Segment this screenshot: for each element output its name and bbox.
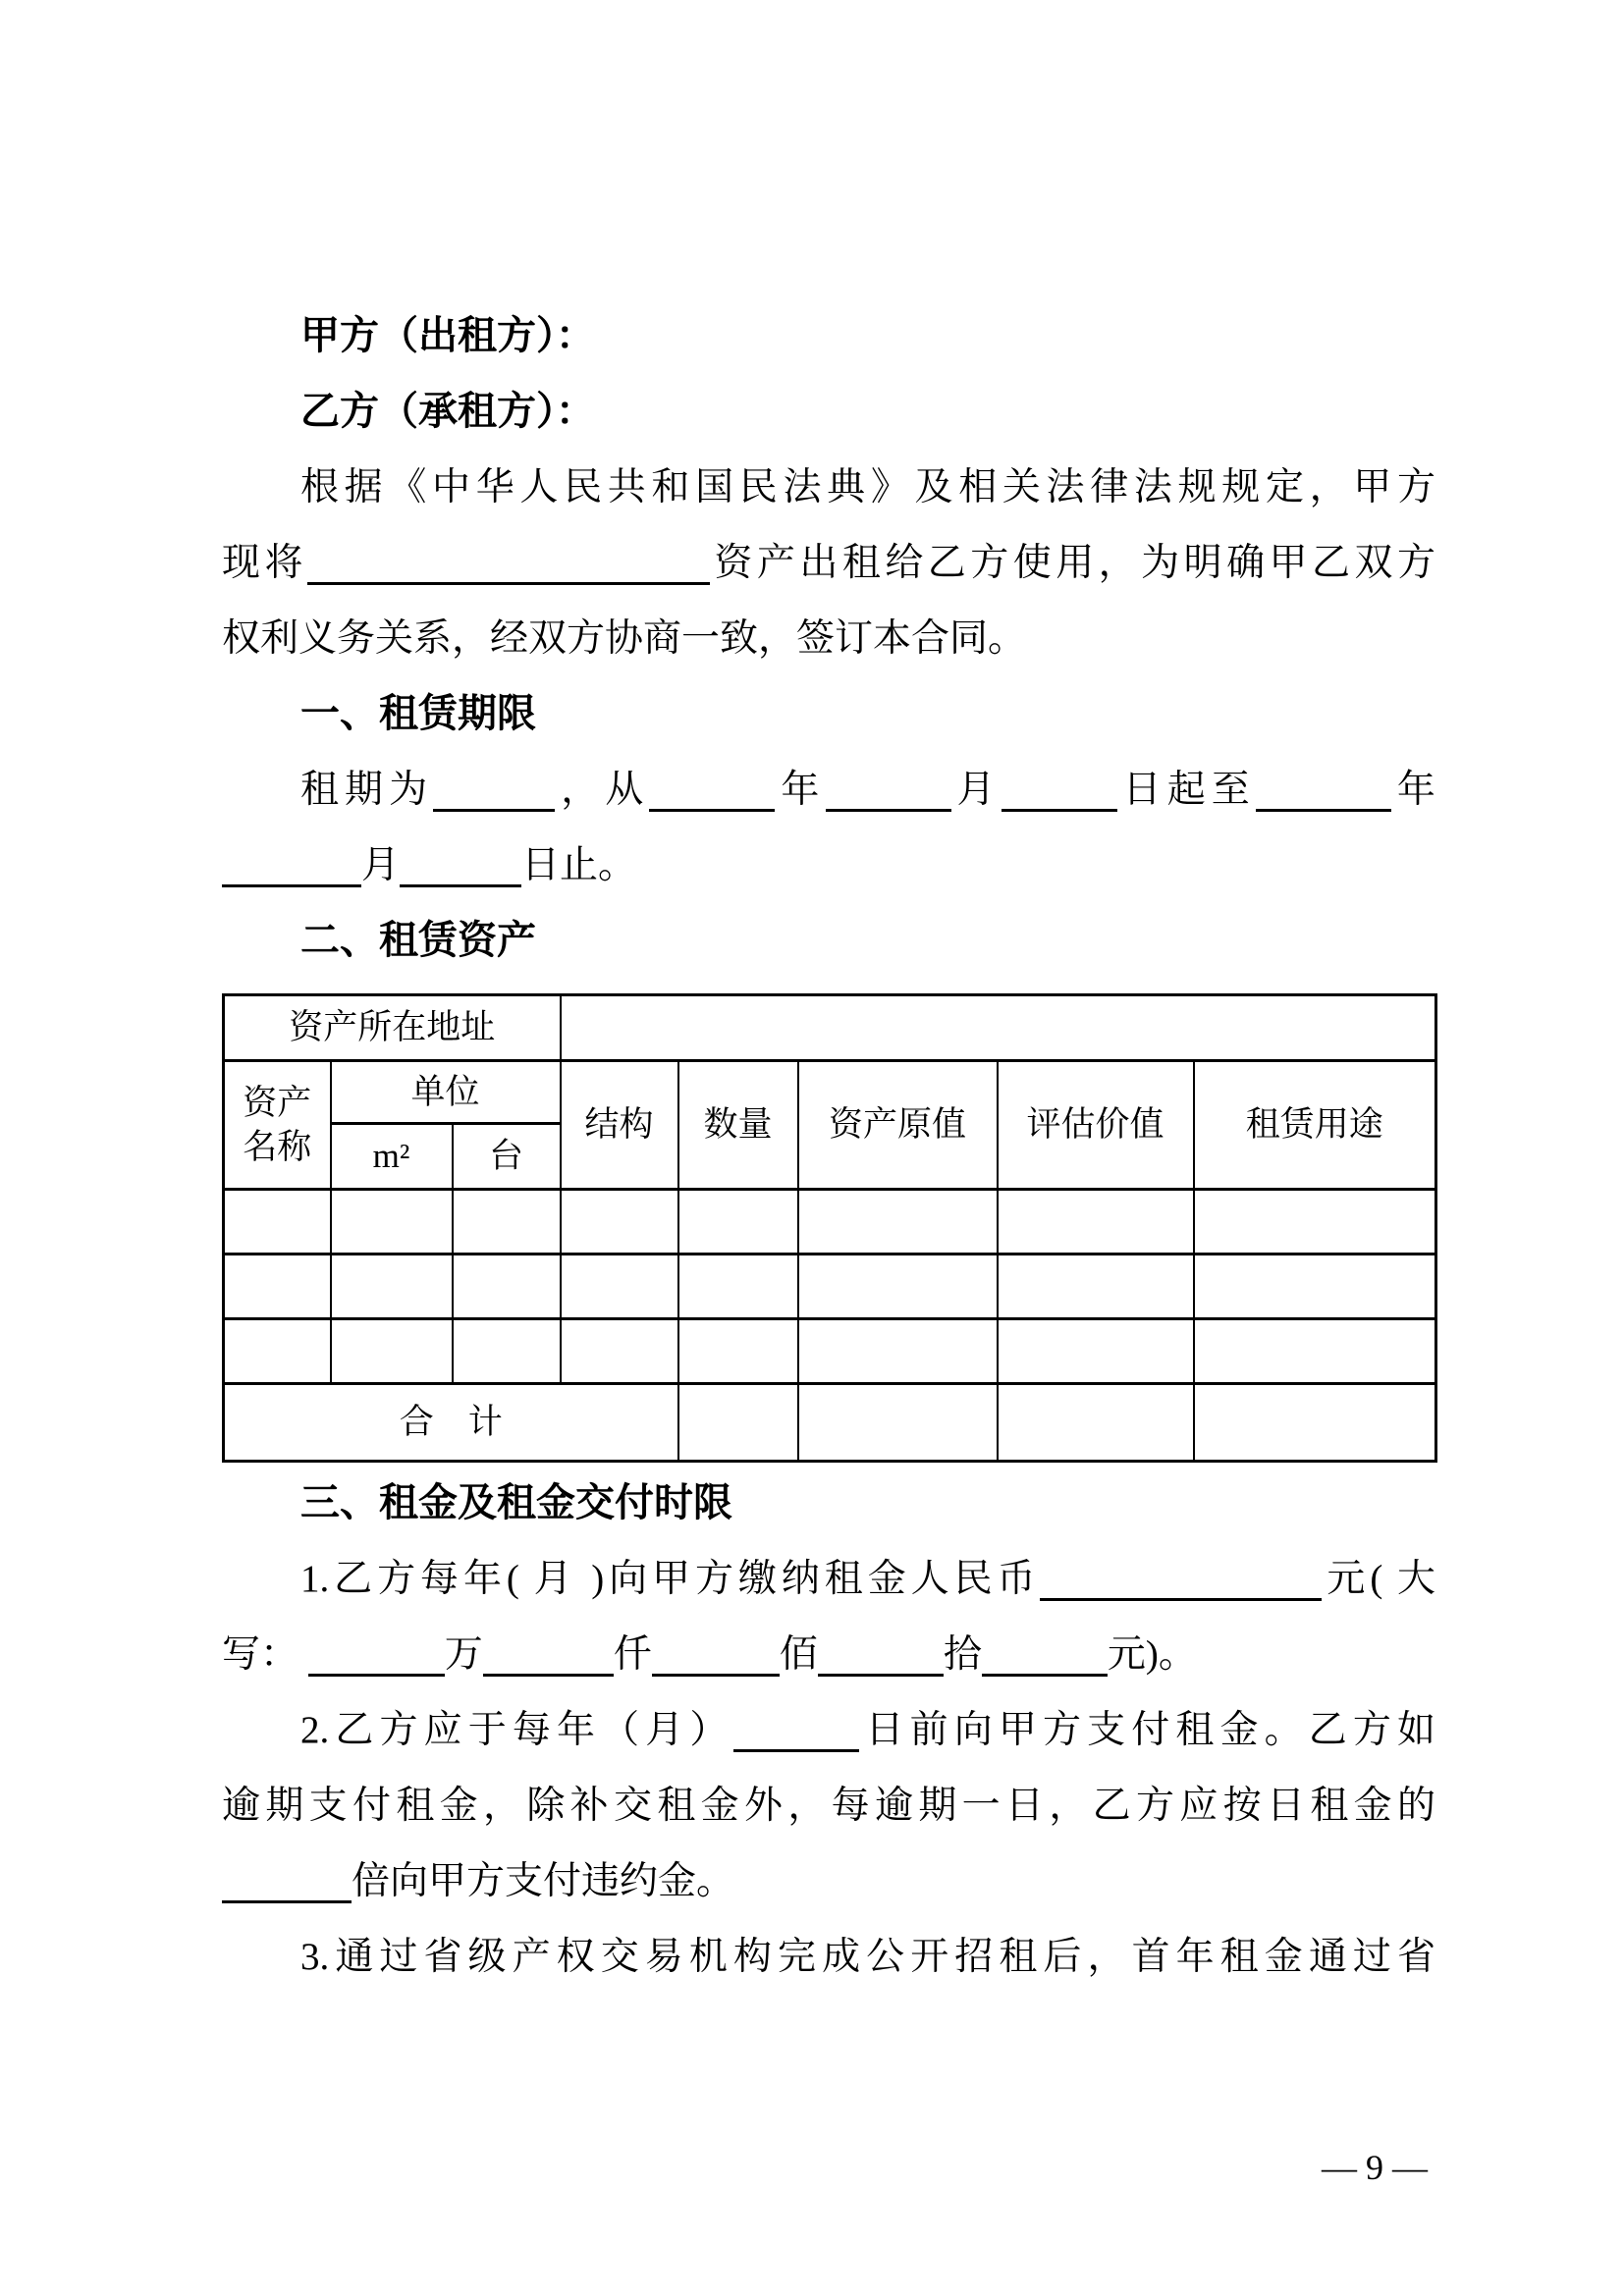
- col-header-unit-m2: m²: [331, 1124, 453, 1190]
- text-run: 元( 大: [1322, 1558, 1435, 1600]
- blank-fill-line: [400, 844, 521, 887]
- document-page: 甲方（出租方）：乙方（承租方）：根据《中华人民共和国民法典》及相关法律法规规定，…: [0, 0, 1624, 2296]
- text-run: 月: [951, 769, 1001, 811]
- document-content: 甲方（出租方）：乙方（承租方）：根据《中华人民共和国民法典》及相关法律法规规定，…: [0, 0, 1624, 1995]
- table-empty-cell: [678, 1384, 798, 1462]
- asset-data-row: [224, 1255, 1436, 1319]
- table-empty-cell: [561, 1190, 678, 1255]
- blank-fill-line: [222, 844, 361, 887]
- text-run: 现将: [222, 542, 307, 584]
- table-empty-cell: [561, 1319, 678, 1384]
- asset-header-row: 资产 名称 单位 结构 数量 资产原值 评估价值 租赁用途: [224, 1061, 1436, 1124]
- text-run: 年: [1391, 769, 1435, 811]
- section-heading: 二、租赁资产: [222, 903, 1435, 979]
- text-run: ，从: [555, 769, 649, 811]
- text-run: 月: [361, 844, 400, 886]
- text-line: 1.乙方每年( 月 )向甲方缴纳租金人民币元( 大: [222, 1541, 1435, 1617]
- text-run: 2.乙方应于每年（月）: [300, 1709, 733, 1751]
- text-run: 一、租赁期限: [300, 692, 536, 735]
- col-header-lease-use: 租赁用途: [1194, 1061, 1436, 1190]
- blank-fill-line: [652, 1633, 780, 1677]
- text-run: 权利义务关系，经双方协商一致，签订本合同。: [222, 617, 1026, 660]
- table-empty-cell: [453, 1190, 561, 1255]
- text-line: 现将资产出租给乙方使用，为明确甲乙双方: [222, 525, 1435, 601]
- asset-table: 资产所在地址 资产 名称 单位 结构 数量 资产原值 评估价值 租赁用途 m²: [222, 993, 1437, 1463]
- text-run: 元)。: [1108, 1633, 1197, 1676]
- text-run: 1.乙方每年( 月 )向甲方缴纳租金人民币: [300, 1558, 1040, 1600]
- page-number: — 9 —: [0, 2146, 1624, 2189]
- table-empty-cell: [561, 1255, 678, 1319]
- table-empty-cell: [998, 1384, 1194, 1462]
- text-line: 根据《中华人民共和国民法典》及相关法律法规规定，甲方: [222, 450, 1435, 525]
- total-label-cell: 合 计: [224, 1384, 678, 1462]
- table-empty-cell: [331, 1319, 453, 1384]
- asset-data-row: [224, 1319, 1436, 1384]
- text-run: 逾期支付租金，除补交租金外，每逾期一日，乙方应按日租金的: [222, 1785, 1435, 1827]
- table-empty-cell: [678, 1190, 798, 1255]
- table-empty-cell: [678, 1255, 798, 1319]
- table-empty-cell: [1194, 1384, 1436, 1462]
- table-empty-cell: [224, 1319, 331, 1384]
- asset-table-wrap: 资产所在地址 资产 名称 单位 结构 数量 资产原值 评估价值 租赁用途 m²: [222, 993, 1435, 1463]
- text-run: 写：: [222, 1633, 308, 1676]
- col-header-structure: 结构: [561, 1061, 678, 1190]
- text-run: 倍向甲方支付违约金。: [352, 1860, 734, 1902]
- section-heading: 乙方（承租方）：: [222, 374, 1435, 450]
- table-empty-cell: [798, 1384, 998, 1462]
- text-run: 二、租赁资产: [300, 919, 536, 962]
- col-header-original-value: 资产原值: [798, 1061, 998, 1190]
- text-line: 倍向甲方支付违约金。: [222, 1843, 1435, 1919]
- col-header-unit-tai: 台: [453, 1124, 561, 1190]
- blank-fill-line: [818, 1633, 944, 1677]
- text-run: 资产出租给乙方使用，为明确甲乙双方: [710, 542, 1435, 584]
- blank-fill-line: [1001, 769, 1117, 812]
- blank-fill-line: [649, 769, 775, 812]
- table-empty-cell: [331, 1190, 453, 1255]
- text-line: 逾期支付租金，除补交租金外，每逾期一日，乙方应按日租金的: [222, 1768, 1435, 1843]
- text-run: 年: [775, 769, 825, 811]
- col-header-assessed-value: 评估价值: [998, 1061, 1194, 1190]
- section-heading: 一、租赁期限: [222, 676, 1435, 752]
- text-run: 仟: [614, 1633, 652, 1676]
- section-heading: 三、租金及租金交付时限: [222, 1466, 1435, 1541]
- table-empty-cell: [998, 1190, 1194, 1255]
- table-empty-cell: [998, 1319, 1194, 1384]
- text-run: 租期为: [300, 769, 433, 811]
- table-empty-cell: [798, 1319, 998, 1384]
- table-empty-cell: [224, 1255, 331, 1319]
- text-run: 佰: [780, 1633, 818, 1676]
- table-empty-cell: [678, 1319, 798, 1384]
- table-empty-cell: [453, 1255, 561, 1319]
- table-empty-cell: [798, 1190, 998, 1255]
- table-empty-cell: [1194, 1319, 1436, 1384]
- text-run: 甲方（出租方）：: [300, 314, 595, 357]
- text-run: 拾: [944, 1633, 982, 1676]
- text-run: 日前向甲方支付租金。乙方如: [859, 1709, 1435, 1751]
- table-empty-cell: [224, 1190, 331, 1255]
- text-line: 月日止。: [222, 828, 1435, 903]
- text-line: 租期为，从年月日起至年: [222, 752, 1435, 828]
- text-line: 权利义务关系，经双方协商一致，签订本合同。: [222, 601, 1435, 676]
- table-empty-cell: [1194, 1255, 1436, 1319]
- asset-address-label-cell: 资产所在地址: [224, 995, 561, 1061]
- text-run: 日止。: [521, 844, 636, 886]
- text-line: 写： 万仟佰拾元)。: [222, 1617, 1435, 1692]
- table-empty-cell: [1194, 1190, 1436, 1255]
- section-heading: 甲方（出租方）：: [222, 298, 1435, 374]
- blank-fill-line: [982, 1633, 1108, 1677]
- blank-fill-line: [307, 542, 710, 585]
- col-header-quantity: 数量: [678, 1061, 798, 1190]
- blank-fill-line: [433, 769, 555, 812]
- text-run: 日起至: [1117, 769, 1256, 811]
- table-empty-cell: [798, 1255, 998, 1319]
- col-header-asset-name: 资产 名称: [224, 1061, 331, 1190]
- text-run: 根据《中华人民共和国民法典》及相关法律法规规定，甲方: [300, 466, 1435, 508]
- asset-address-value-cell: [561, 995, 1436, 1061]
- text-run: 三、租金及租金交付时限: [300, 1481, 732, 1524]
- asset-data-row: [224, 1190, 1436, 1255]
- asset-address-row: 资产所在地址: [224, 995, 1436, 1061]
- table-empty-cell: [453, 1319, 561, 1384]
- blank-fill-line: [1040, 1558, 1322, 1601]
- col-header-unit: 单位: [331, 1061, 561, 1124]
- text-run: 3.通过省级产权交易机构完成公开招租后，首年租金通过省: [300, 1936, 1435, 1978]
- blank-fill-line: [826, 769, 951, 812]
- text-run: 乙方（承租方）：: [300, 390, 595, 433]
- blank-fill-line: [308, 1633, 445, 1677]
- text-line: 3.通过省级产权交易机构完成公开招租后，首年租金通过省: [222, 1919, 1435, 1995]
- blank-fill-line: [222, 1860, 352, 1903]
- table-empty-cell: [998, 1255, 1194, 1319]
- asset-total-row: 合 计: [224, 1384, 1436, 1462]
- blank-fill-line: [1256, 769, 1391, 812]
- blank-fill-line: [483, 1633, 614, 1677]
- table-empty-cell: [331, 1255, 453, 1319]
- text-run: 万: [445, 1633, 483, 1676]
- blank-fill-line: [733, 1709, 859, 1752]
- text-line: 2.乙方应于每年（月）日前向甲方支付租金。乙方如: [222, 1692, 1435, 1768]
